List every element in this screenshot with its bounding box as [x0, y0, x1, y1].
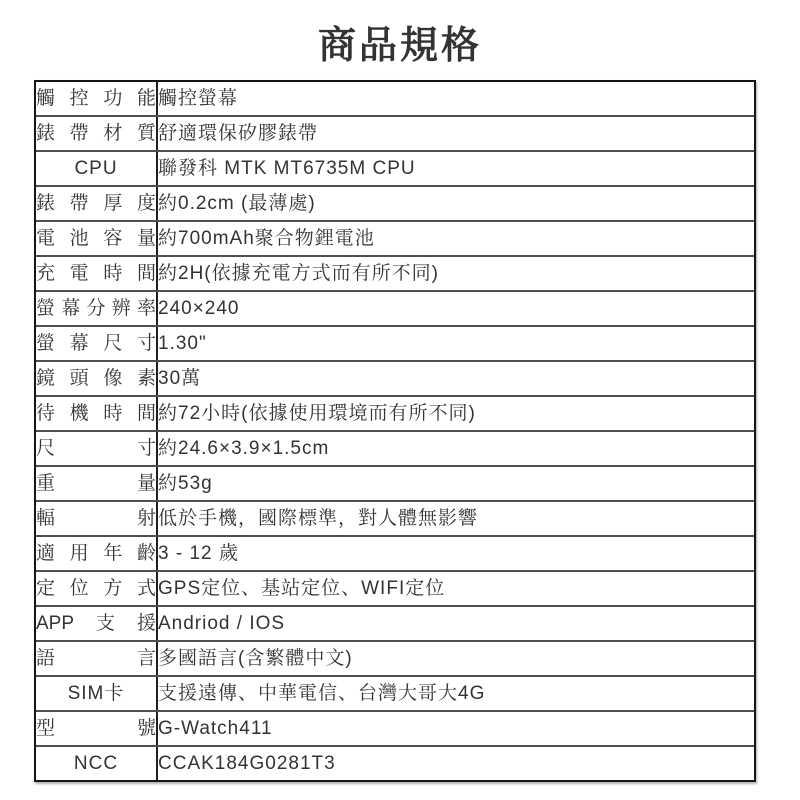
spec-label: 尺 寸 — [36, 431, 157, 466]
product-spec-page: 商品規格 觸控功能 觸控螢幕 錶帶材質 舒適環保矽膠錶帶 CPU 聯發科 MTK… — [0, 0, 800, 800]
spec-value: 1.30" — [157, 326, 754, 361]
spec-row-language: 語 言 多國語言(含繁體中文) — [36, 641, 754, 676]
spec-label: 定位方式 — [36, 571, 157, 606]
spec-table-grid: 觸控功能 觸控螢幕 錶帶材質 舒適環保矽膠錶帶 CPU 聯發科 MTK MT67… — [36, 82, 754, 780]
spec-row-age-range: 適用年齡 3 - 12 歲 — [36, 536, 754, 571]
page-title: 商品規格 — [0, 14, 800, 69]
spec-row-resolution: 螢幕分辨率 240×240 — [36, 291, 754, 326]
spec-value: 3 - 12 歲 — [157, 536, 754, 571]
spec-table: 觸控功能 觸控螢幕 錶帶材質 舒適環保矽膠錶帶 CPU 聯發科 MTK MT67… — [34, 80, 756, 782]
spec-value: CCAK184G0281T3 — [157, 746, 754, 780]
spec-value: 約72小時(依據使用環境而有所不同) — [157, 396, 754, 431]
spec-row-sim-card: SIM卡 支援遠傳、中華電信、台灣大哥大4G — [36, 676, 754, 711]
spec-label: 錶帶厚度 — [36, 186, 157, 221]
spec-label: 輻 射 — [36, 501, 157, 536]
spec-value: 約2H(依據充電方式而有所不同) — [157, 256, 754, 291]
spec-row-model: 型 號 G-Watch411 — [36, 711, 754, 746]
spec-row-weight: 重 量 約53g — [36, 466, 754, 501]
spec-value: 多國語言(含繁體中文) — [157, 641, 754, 676]
spec-value: 聯發科 MTK MT6735M CPU — [157, 151, 754, 186]
spec-value: G-Watch411 — [157, 711, 754, 746]
spec-row-cpu: CPU 聯發科 MTK MT6735M CPU — [36, 151, 754, 186]
spec-label: 錶帶材質 — [36, 116, 157, 151]
spec-value: 約700mAh聚合物鋰電池 — [157, 221, 754, 256]
spec-label: NCC — [36, 746, 157, 780]
spec-label: 觸控功能 — [36, 82, 157, 116]
spec-value: 約24.6×3.9×1.5cm — [157, 431, 754, 466]
spec-row-strap-material: 錶帶材質 舒適環保矽膠錶帶 — [36, 116, 754, 151]
spec-row-radiation: 輻 射 低於手機，國際標準，對人體無影響 — [36, 501, 754, 536]
spec-row-dimensions: 尺 寸 約24.6×3.9×1.5cm — [36, 431, 754, 466]
spec-label: 待機時間 — [36, 396, 157, 431]
spec-value: Andriod / IOS — [157, 606, 754, 641]
spec-value: 觸控螢幕 — [157, 82, 754, 116]
spec-row-charge-time: 充電時間 約2H(依據充電方式而有所不同) — [36, 256, 754, 291]
spec-label: 充電時間 — [36, 256, 157, 291]
spec-value: 約53g — [157, 466, 754, 501]
spec-label: 語 言 — [36, 641, 157, 676]
spec-label: SIM卡 — [36, 676, 157, 711]
spec-label: 電池容量 — [36, 221, 157, 256]
spec-row-app-support: APP支援 Andriod / IOS — [36, 606, 754, 641]
spec-label: CPU — [36, 151, 157, 186]
spec-value: 30萬 — [157, 361, 754, 396]
spec-row-battery: 電池容量 約700mAh聚合物鋰電池 — [36, 221, 754, 256]
spec-row-positioning: 定位方式 GPS定位、基站定位、WIFI定位 — [36, 571, 754, 606]
spec-label: 螢幕分辨率 — [36, 291, 157, 326]
spec-value: 240×240 — [157, 291, 754, 326]
spec-label: 重 量 — [36, 466, 157, 501]
spec-row-standby-time: 待機時間 約72小時(依據使用環境而有所不同) — [36, 396, 754, 431]
spec-row-ncc: NCC CCAK184G0281T3 — [36, 746, 754, 780]
spec-label: 適用年齡 — [36, 536, 157, 571]
spec-value: 舒適環保矽膠錶帶 — [157, 116, 754, 151]
spec-label: 型 號 — [36, 711, 157, 746]
spec-label: 螢幕尺寸 — [36, 326, 157, 361]
spec-row-touch-function: 觸控功能 觸控螢幕 — [36, 82, 754, 116]
spec-value: 約0.2cm (最薄處) — [157, 186, 754, 221]
spec-row-camera-pixels: 鏡頭像素 30萬 — [36, 361, 754, 396]
spec-value: GPS定位、基站定位、WIFI定位 — [157, 571, 754, 606]
spec-value: 低於手機，國際標準，對人體無影響 — [157, 501, 754, 536]
spec-row-screen-size: 螢幕尺寸 1.30" — [36, 326, 754, 361]
spec-value: 支援遠傳、中華電信、台灣大哥大4G — [157, 676, 754, 711]
spec-label: 鏡頭像素 — [36, 361, 157, 396]
spec-label: APP支援 — [36, 606, 157, 641]
spec-row-strap-thickness: 錶帶厚度 約0.2cm (最薄處) — [36, 186, 754, 221]
